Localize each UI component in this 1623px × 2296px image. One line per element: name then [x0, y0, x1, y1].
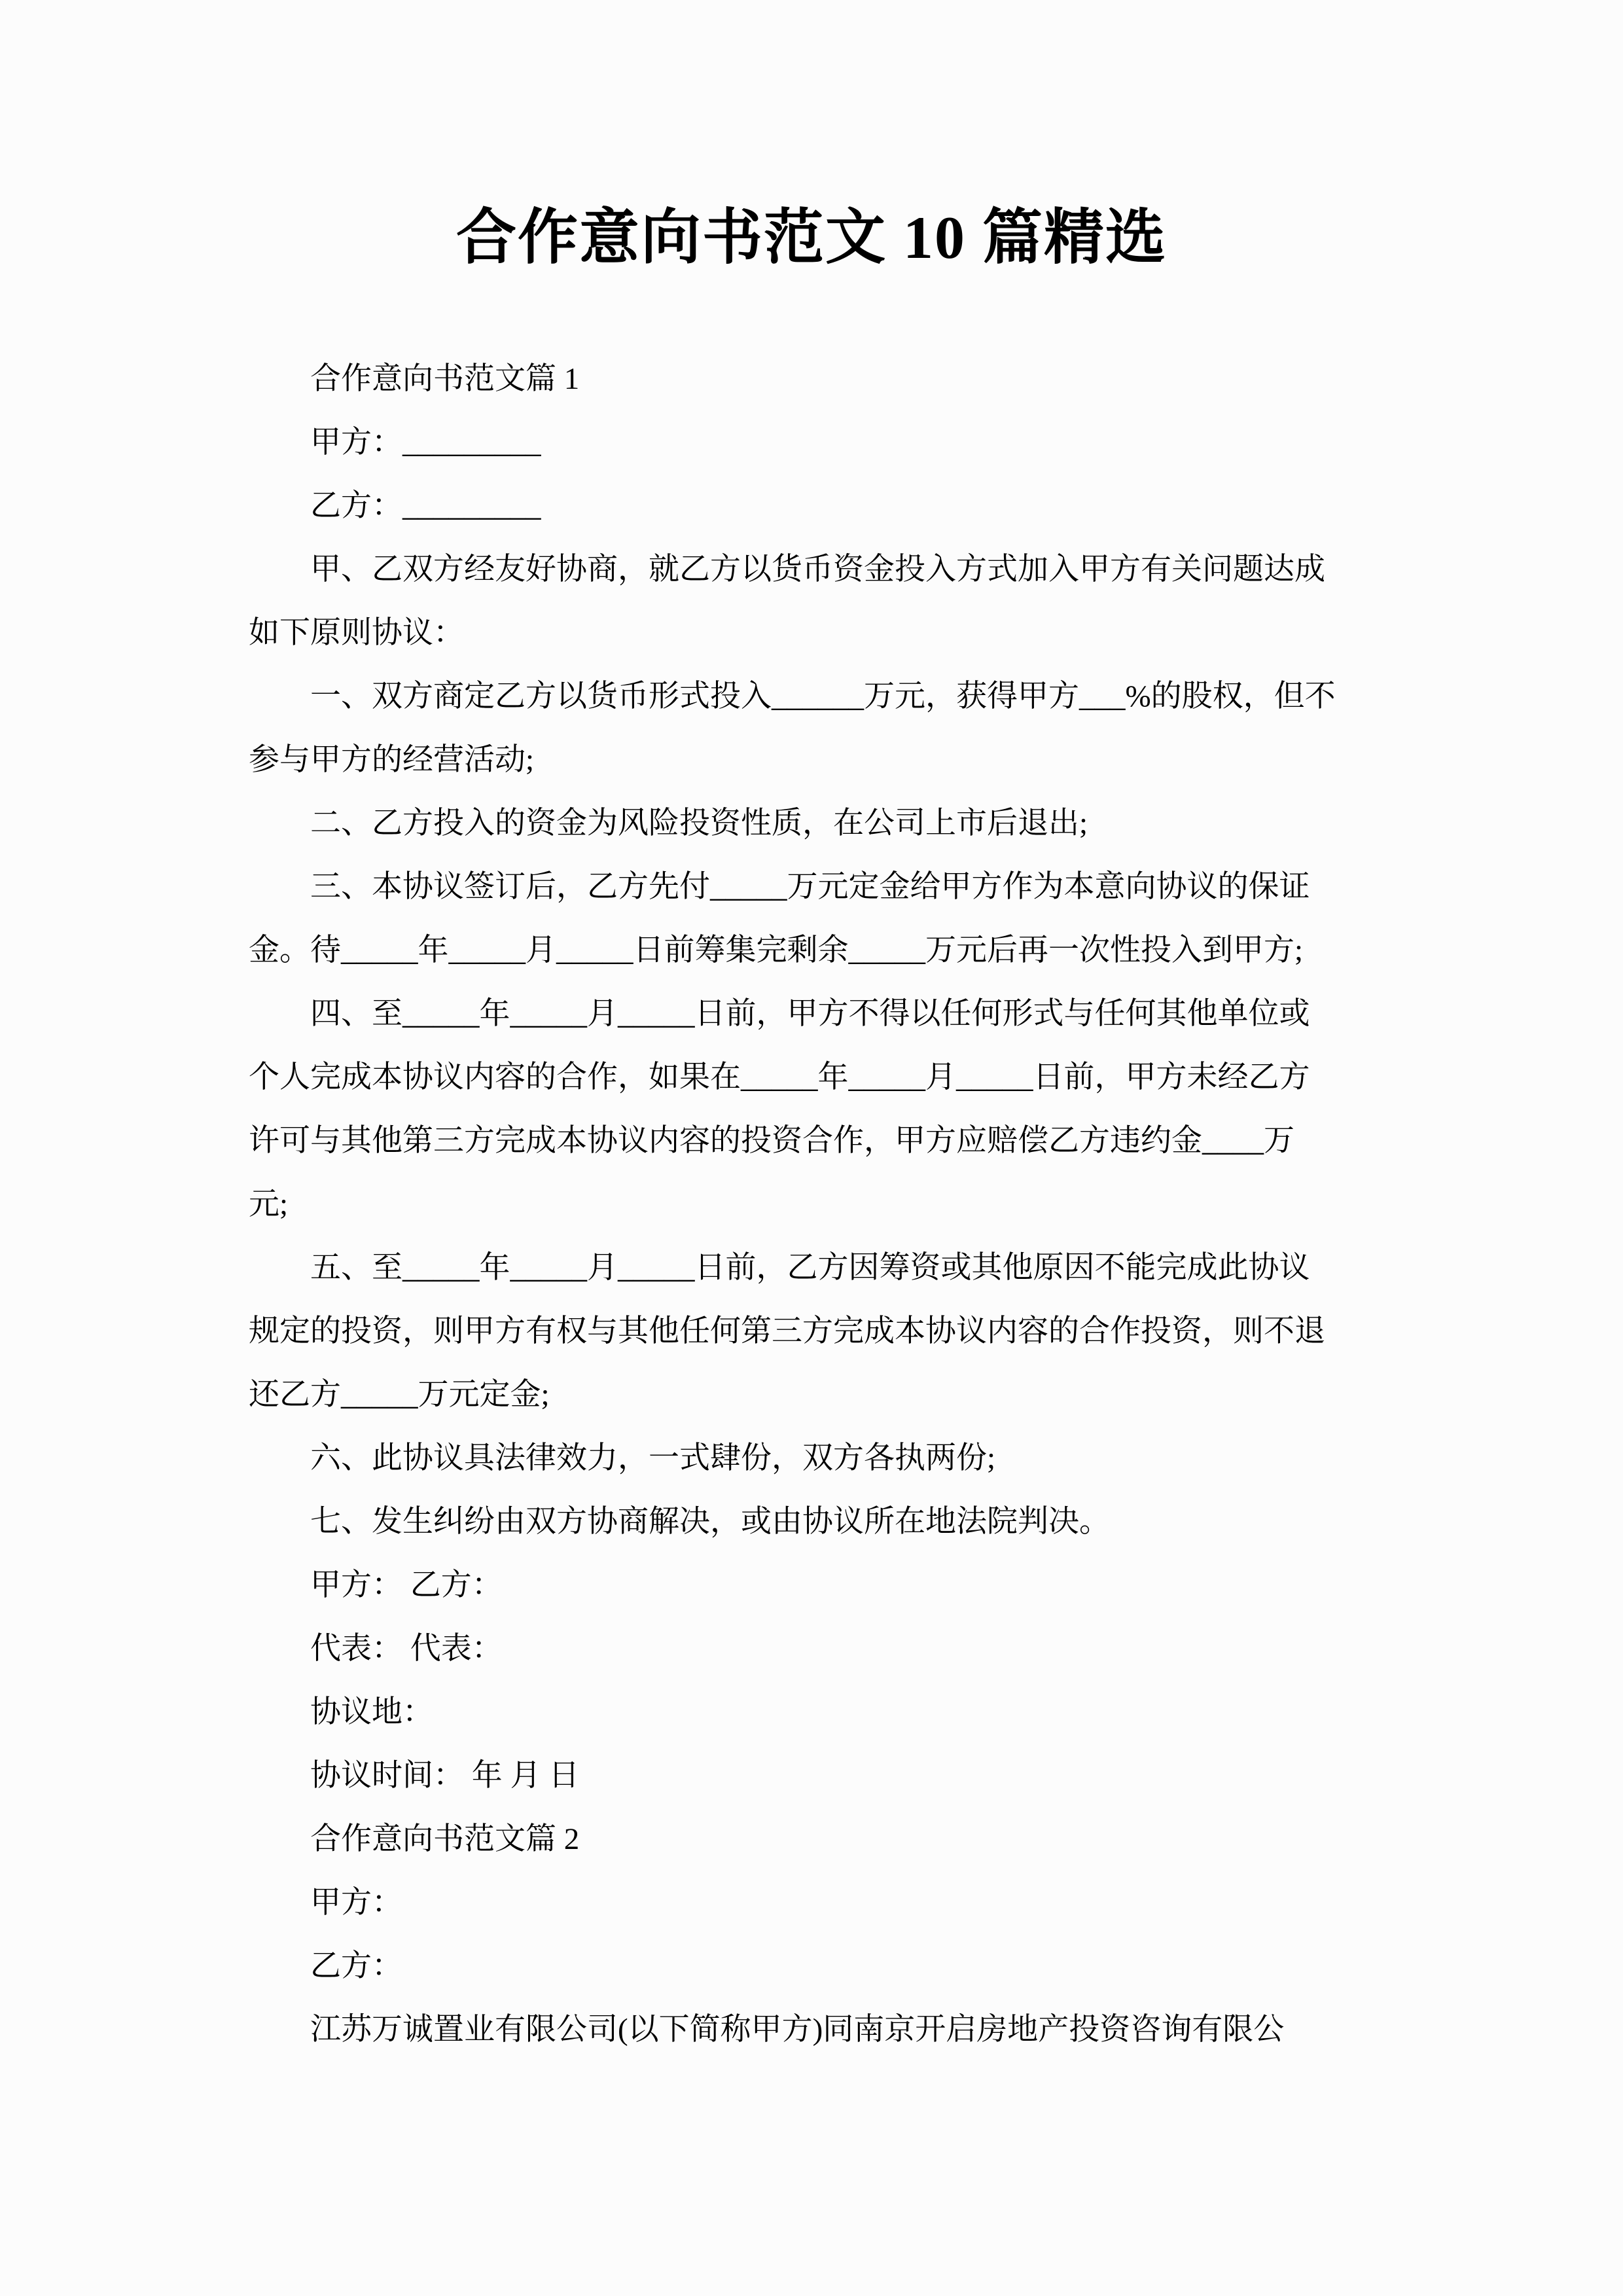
doc-line-clause-2: 二、乙方投入的资金为风险投资性质，在公司上市后退出;	[249, 792, 1378, 855]
doc-line-party-b-2: 乙方：	[249, 1935, 1378, 1998]
document-body: 合作意向书范文篇 1 甲方：_________ 乙方：_________ 甲、乙…	[249, 348, 1378, 2062]
doc-line-clause-5b: 规定的投资，则甲方有权与其他任何第三方完成本协议内容的合作投资，则不退	[249, 1300, 1378, 1363]
doc-line-clause-3a: 三、本协议签订后，乙方先付_____万元定金给甲方作为本意向协议的保证	[249, 855, 1378, 919]
doc-line-clause-4b: 个人完成本协议内容的合作，如果在_____年_____月_____日前，甲方未经…	[249, 1046, 1378, 1109]
doc-line-clause-5a: 五、至_____年_____月_____日前，乙方因筹资或其他原因不能完成此协议	[249, 1236, 1378, 1300]
doc-line-agreement-place: 协议地：	[249, 1681, 1378, 1744]
document-page: 合作意向书范文 10 篇精选 合作意向书范文篇 1 甲方：_________ 乙…	[0, 0, 1623, 2296]
doc-line-section1-heading: 合作意向书范文篇 1	[249, 348, 1378, 411]
doc-line-clause-3b: 金。待_____年_____月_____日前筹集完剩余_____万元后再一次性投…	[249, 919, 1378, 982]
doc-line-party-b-blank: 乙方：_________	[249, 475, 1378, 538]
doc-line-clause-6: 六、此协议具法律效力，一式肆份，双方各执两份;	[249, 1427, 1378, 1490]
doc-line-clause-4d: 元;	[249, 1173, 1378, 1236]
doc-line-party-a-2: 甲方：	[249, 1871, 1378, 1935]
doc-line-clause-7: 七、发生纠纷由双方协商解决，或由协议所在地法院判决。	[249, 1490, 1378, 1554]
doc-line-clause-1a: 一、双方商定乙方以货币形式投入______万元，获得甲方___%的股权，但不	[249, 665, 1378, 728]
doc-line-agreement-date: 协议时间： 年 月 日	[249, 1744, 1378, 1808]
doc-line-party-a-blank: 甲方：_________	[249, 411, 1378, 475]
doc-line-clause-1b: 参与甲方的经营活动;	[249, 728, 1378, 792]
doc-line-signature-parties: 甲方： 乙方：	[249, 1554, 1378, 1617]
doc-line-signature-reps: 代表： 代表：	[249, 1617, 1378, 1681]
doc-line-section2-body: 江苏万诚置业有限公司(以下简称甲方)同南京开启房地产投资咨询有限公	[249, 1998, 1378, 2062]
doc-line-clause-4c: 许可与其他第三方完成本协议内容的投资合作，甲方应赔偿乙方违约金____万	[249, 1109, 1378, 1173]
doc-line-clause-4a: 四、至_____年_____月_____日前，甲方不得以任何形式与任何其他单位或	[249, 982, 1378, 1046]
doc-line-clause-5c: 还乙方_____万元定金;	[249, 1363, 1378, 1427]
doc-line-section2-heading: 合作意向书范文篇 2	[249, 1808, 1378, 1871]
document-title: 合作意向书范文 10 篇精选	[0, 0, 1623, 279]
doc-line-preamble-1: 甲、乙双方经友好协商，就乙方以货币资金投入方式加入甲方有关问题达成	[249, 538, 1378, 601]
doc-line-preamble-2: 如下原则协议：	[249, 601, 1378, 665]
